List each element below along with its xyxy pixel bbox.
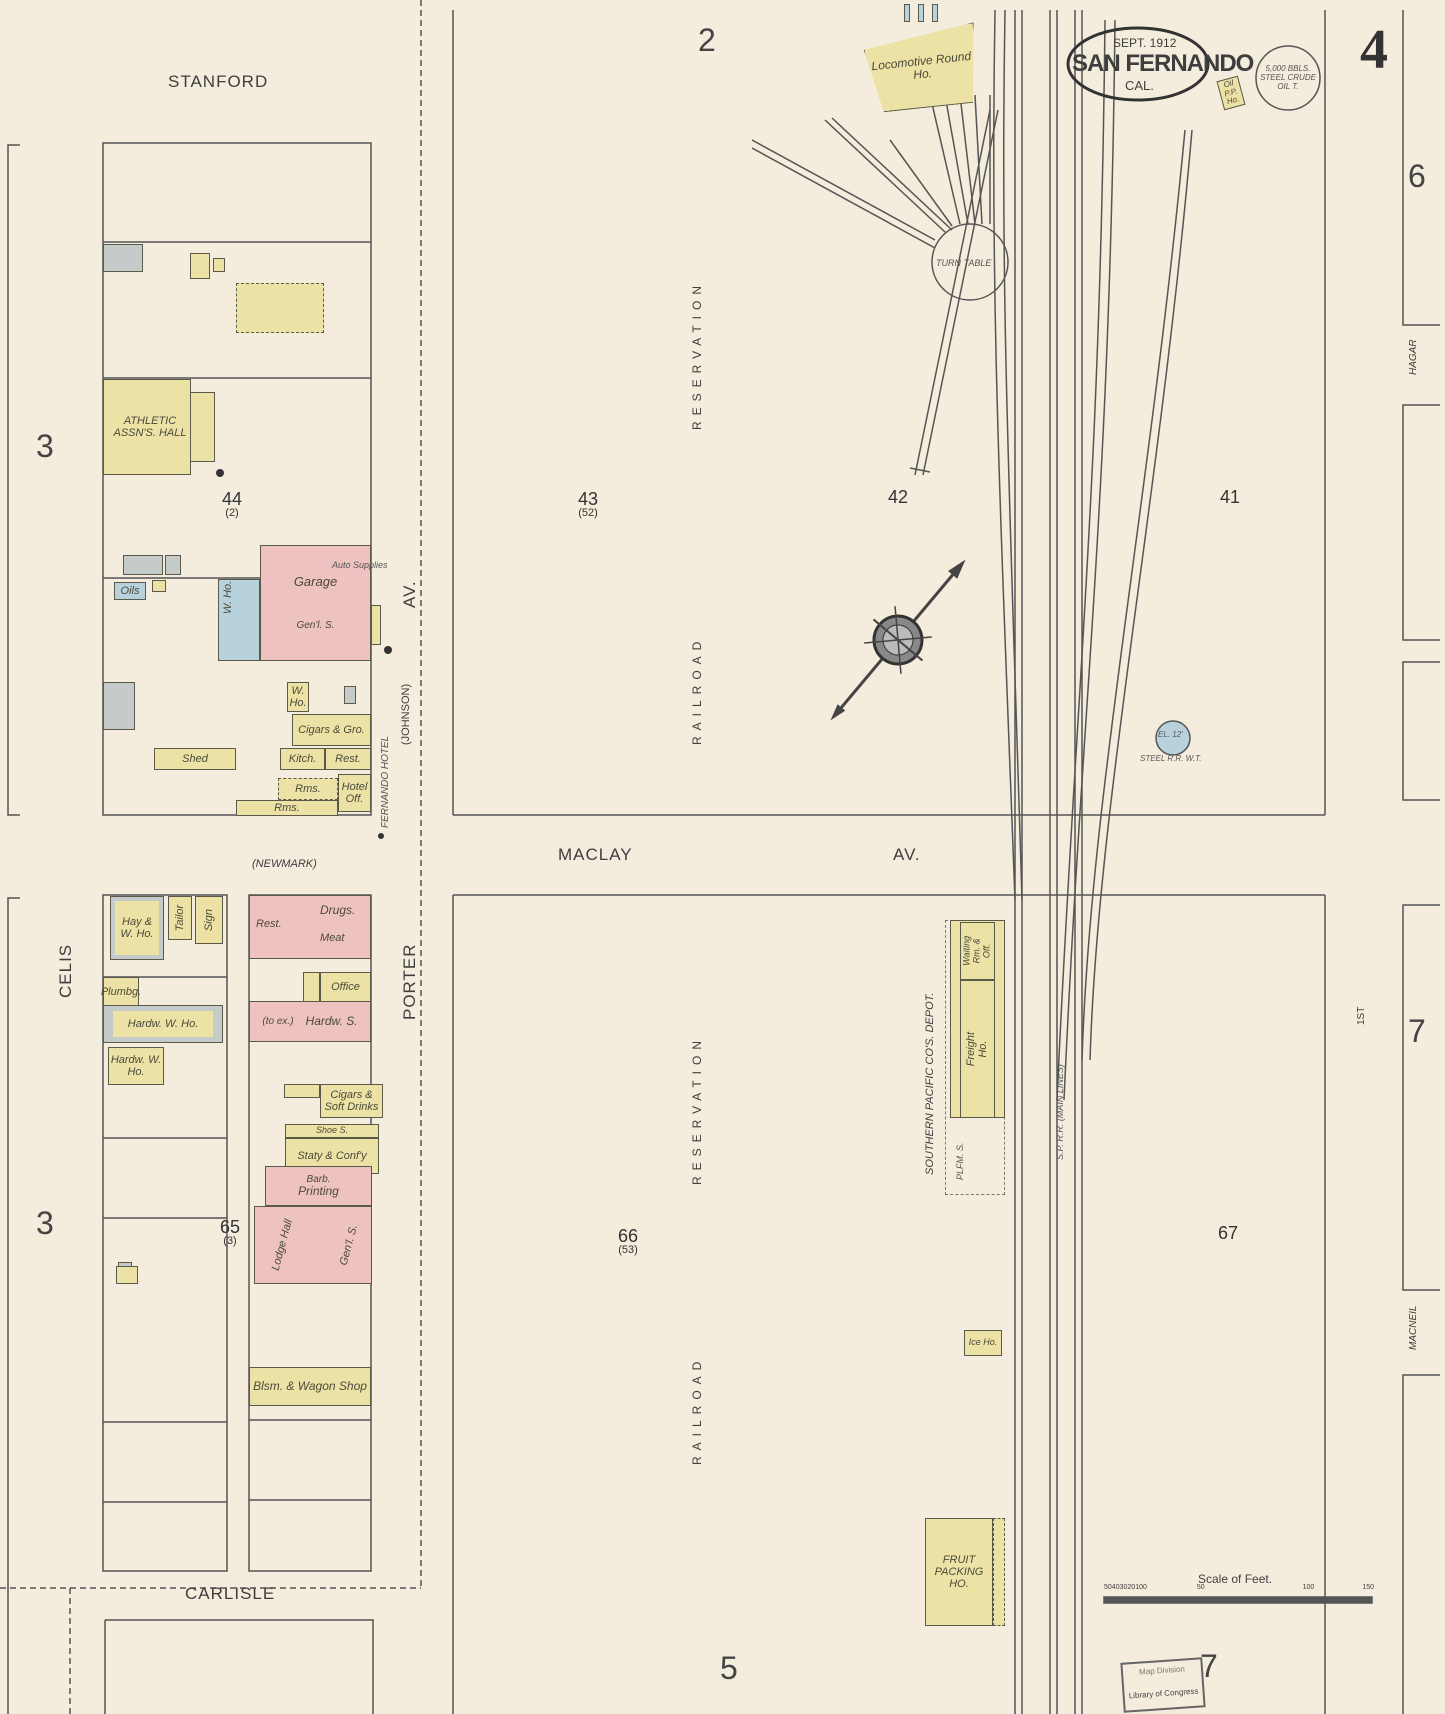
building-oils[interactable]: Oils [114, 582, 146, 600]
library-stamp: Map Division Library of Congress [1120, 1657, 1205, 1713]
street-johnson: (JOHNSON) [400, 684, 412, 745]
sanborn-map-sheet: SEPT. 1912 SAN FERNANDO CAL. 4 2 3 3 6 7… [0, 0, 1445, 1714]
adjoining-sheet-left-lower[interactable]: 3 [36, 1205, 54, 1242]
building-hay-warehouse[interactable]: Hay & W. Ho. [110, 896, 164, 960]
building-rms-1[interactable]: Rms. [278, 778, 338, 800]
tick: 100 [1255, 1584, 1363, 1591]
building-athletic-hall-wing[interactable] [190, 392, 215, 462]
label: Freight Ho. [965, 1032, 989, 1066]
tick: 50 [1147, 1584, 1255, 1591]
stamp-line2: Library of Congress [1124, 1686, 1202, 1700]
street-hagar: HAGAR [1408, 339, 1419, 375]
water-tower-elevation: EL. 12' [1158, 730, 1183, 739]
building-sign[interactable]: Sign [195, 896, 223, 944]
label-main-lines: S.P. R.R. (MAIN LINES) [1055, 1064, 1065, 1160]
street-porter-av: AV. [400, 580, 420, 608]
block-65[interactable]: 65(3) [220, 1218, 240, 1247]
label-oil-tank: 5,000 BBLS. STEEL CRUDE OIL T. [1258, 64, 1318, 91]
building-freight-house[interactable]: Freight Ho. [960, 980, 995, 1118]
block-sub: (2) [222, 508, 242, 519]
block-sub: (3) [220, 1236, 240, 1247]
building-rms-2[interactable]: Rms. [236, 800, 338, 816]
block-id: 66 [618, 1226, 638, 1246]
block-67[interactable]: 67 [1218, 1224, 1238, 1242]
block-id: 42 [888, 487, 908, 507]
block-id: 67 [1218, 1223, 1238, 1243]
building-office[interactable]: Office [320, 972, 371, 1002]
building-cigars-gro[interactable]: Cigars & Gro. [292, 714, 371, 746]
tick: 20 [1127, 1584, 1135, 1591]
label-reservation-upper: RESERVATION [690, 280, 704, 430]
building-drugs-meat-rest[interactable]: Rest. Drugs. Meat [249, 895, 371, 959]
block-id: 41 [1220, 487, 1240, 507]
street-maclay-av: AV. [893, 845, 921, 865]
label-turn-table: TURN TABLE [936, 258, 991, 268]
building-tailor[interactable]: Tailor [168, 896, 192, 940]
building-chem-tank[interactable] [344, 686, 356, 704]
tick: 30 [1120, 1584, 1128, 1591]
adjoining-sheet-left-upper[interactable]: 3 [36, 428, 54, 465]
label: Hardw. W. Ho. [113, 1011, 213, 1037]
sheet-number: 4 [1360, 18, 1388, 82]
map-state: CAL. [1125, 78, 1154, 93]
label-sp-depot: SOUTHERN PACIFIC CO'S. DEPOT. [924, 993, 936, 1175]
building-oil-shed[interactable] [116, 1266, 138, 1284]
building-hardw-store[interactable]: (to ex.) Hardw. S. [249, 1001, 371, 1042]
tick: 40 [1112, 1584, 1120, 1591]
block-sub: (52) [578, 508, 598, 519]
meat-label: Meat [320, 932, 344, 944]
street-newmark: (NEWMARK) [252, 858, 317, 870]
block-66[interactable]: 66(53) [618, 1227, 638, 1256]
block-43[interactable]: 43(52) [578, 490, 598, 519]
adjoining-sheet-top[interactable]: 2 [698, 22, 716, 59]
building-dwelling[interactable] [236, 283, 324, 333]
label-reservation-lower: RESERVATION [690, 1035, 704, 1185]
building-fruit-platform[interactable] [993, 1518, 1005, 1626]
roundhouse-door-3 [932, 4, 938, 22]
adjoining-sheet-right-upper[interactable]: 6 [1408, 158, 1426, 195]
label-fernando-hotel: FERNANDO HOTEL [380, 736, 391, 828]
street-macneil: MACNEIL [1408, 1306, 1419, 1350]
building-porch[interactable] [371, 605, 381, 645]
garage-label: Garage [294, 575, 337, 589]
genl-s-label: Gen'l. S. [296, 620, 334, 631]
building-small-shed[interactable] [152, 580, 166, 592]
roundhouse-door-2 [918, 4, 924, 22]
street-carlisle: CARLISLE [185, 1584, 275, 1604]
building-plumbg[interactable]: Plumbg. [103, 977, 139, 1007]
building-w-ho-upper[interactable]: W. Ho. [218, 579, 260, 661]
building-blacksmith-wagon-shop[interactable]: Blsm. & Wagon Shop [249, 1367, 371, 1406]
building-shoe-store[interactable]: Shoe S. [285, 1124, 379, 1138]
stamp-line1: Map Division [1123, 1663, 1201, 1677]
building-lodge-genl-store[interactable]: Lodge Hall Gen'l. S. [254, 1206, 372, 1284]
building-iron-clad[interactable] [123, 555, 163, 575]
label: Waiting Rm. & Off. [963, 934, 993, 967]
building-kitch[interactable]: Kitch. [280, 748, 325, 770]
building-small-frame[interactable] [190, 253, 210, 279]
tick: 150 [1362, 1584, 1374, 1591]
street-porter: PORTER [400, 943, 420, 1020]
hay-label: Hay & W. Ho. [115, 901, 159, 955]
roundhouse-door-1 [904, 4, 910, 22]
street-maclay: MACLAY [558, 845, 633, 865]
street-celis: CELIS [56, 944, 76, 998]
block-41[interactable]: 41 [1220, 488, 1240, 506]
block-sub: (53) [618, 1245, 638, 1256]
building-rest-upper[interactable]: Rest. [325, 748, 371, 770]
label: Tailor [174, 905, 186, 932]
lodge-label: Lodge Hall [269, 1218, 294, 1272]
printing-label: Printing [298, 1185, 339, 1198]
building-iron-warehouse[interactable] [103, 682, 135, 730]
building-office-annex[interactable] [303, 972, 320, 1002]
water-tower-label: STEEL R.R. W.T. [1140, 754, 1202, 763]
rest-label: Rest. [256, 918, 282, 930]
building-cigars-annex[interactable] [284, 1084, 320, 1098]
block-id: 44 [222, 489, 242, 509]
building-iron-shed[interactable] [103, 244, 143, 272]
building-small-frame-2[interactable] [213, 258, 225, 272]
building-hotel-office[interactable]: Hotel Off. [338, 774, 371, 812]
adjoining-sheet-bottom[interactable]: 5 [720, 1650, 738, 1687]
note: (to ex.) [262, 1016, 293, 1027]
label-railroad-lower: RAILROAD [690, 1356, 704, 1465]
label-platform: PLFM. S. [955, 1142, 965, 1180]
genl-label: Gen'l. S. [338, 1223, 361, 1267]
label: Hardw. S. [306, 1015, 358, 1028]
building-fruit-packing-house[interactable]: FRUIT PACKING HO. [925, 1518, 993, 1626]
building-cigars-soft-drinks[interactable]: Cigars & Soft Drinks [320, 1084, 383, 1118]
block-44[interactable]: 44(2) [222, 490, 242, 519]
scale-ticks: 50 40 30 20 10 0 50 100 150 [1104, 1584, 1374, 1591]
block-42[interactable]: 42 [888, 488, 908, 506]
block-id: 65 [220, 1217, 240, 1237]
block-id: 43 [578, 489, 598, 509]
map-date: SEPT. 1912 [1113, 36, 1176, 50]
street-first: 1ST [1356, 1007, 1367, 1025]
label: Sign [203, 909, 215, 931]
building-athletic-hall[interactable]: ATHLETIC ASSN'S. HALL [103, 379, 191, 475]
label-auto-supplies: Auto Supplies [332, 560, 388, 570]
label-railroad-upper: RAILROAD [690, 636, 704, 745]
building-shed[interactable]: Shed [154, 748, 236, 770]
compass-rose-icon [806, 539, 990, 741]
building-hardw-warehouse-1[interactable]: Hardw. W. Ho. [103, 1005, 223, 1043]
drugs-label: Drugs. [320, 904, 355, 917]
label: W. Ho. [222, 581, 234, 614]
building-barb-printing[interactable]: Barb. Printing [265, 1166, 372, 1206]
street-stanford: STANFORD [168, 72, 268, 92]
tick: 50 [1104, 1584, 1112, 1591]
building-ice-house[interactable]: Ice Ho. [964, 1330, 1002, 1356]
building-hardw-warehouse-2[interactable]: Hardw. W. Ho. [108, 1047, 164, 1085]
map-city-title: SAN FERNANDO [1072, 50, 1253, 78]
tick: 10 [1135, 1584, 1143, 1591]
building-w-ho-small[interactable]: W. Ho. [287, 682, 309, 712]
building-waiting-room[interactable]: Waiting Rm. & Off. [960, 922, 995, 980]
adjoining-sheet-right-lower[interactable]: 7 [1408, 1013, 1426, 1050]
building-iron-clad-2[interactable] [165, 555, 181, 575]
